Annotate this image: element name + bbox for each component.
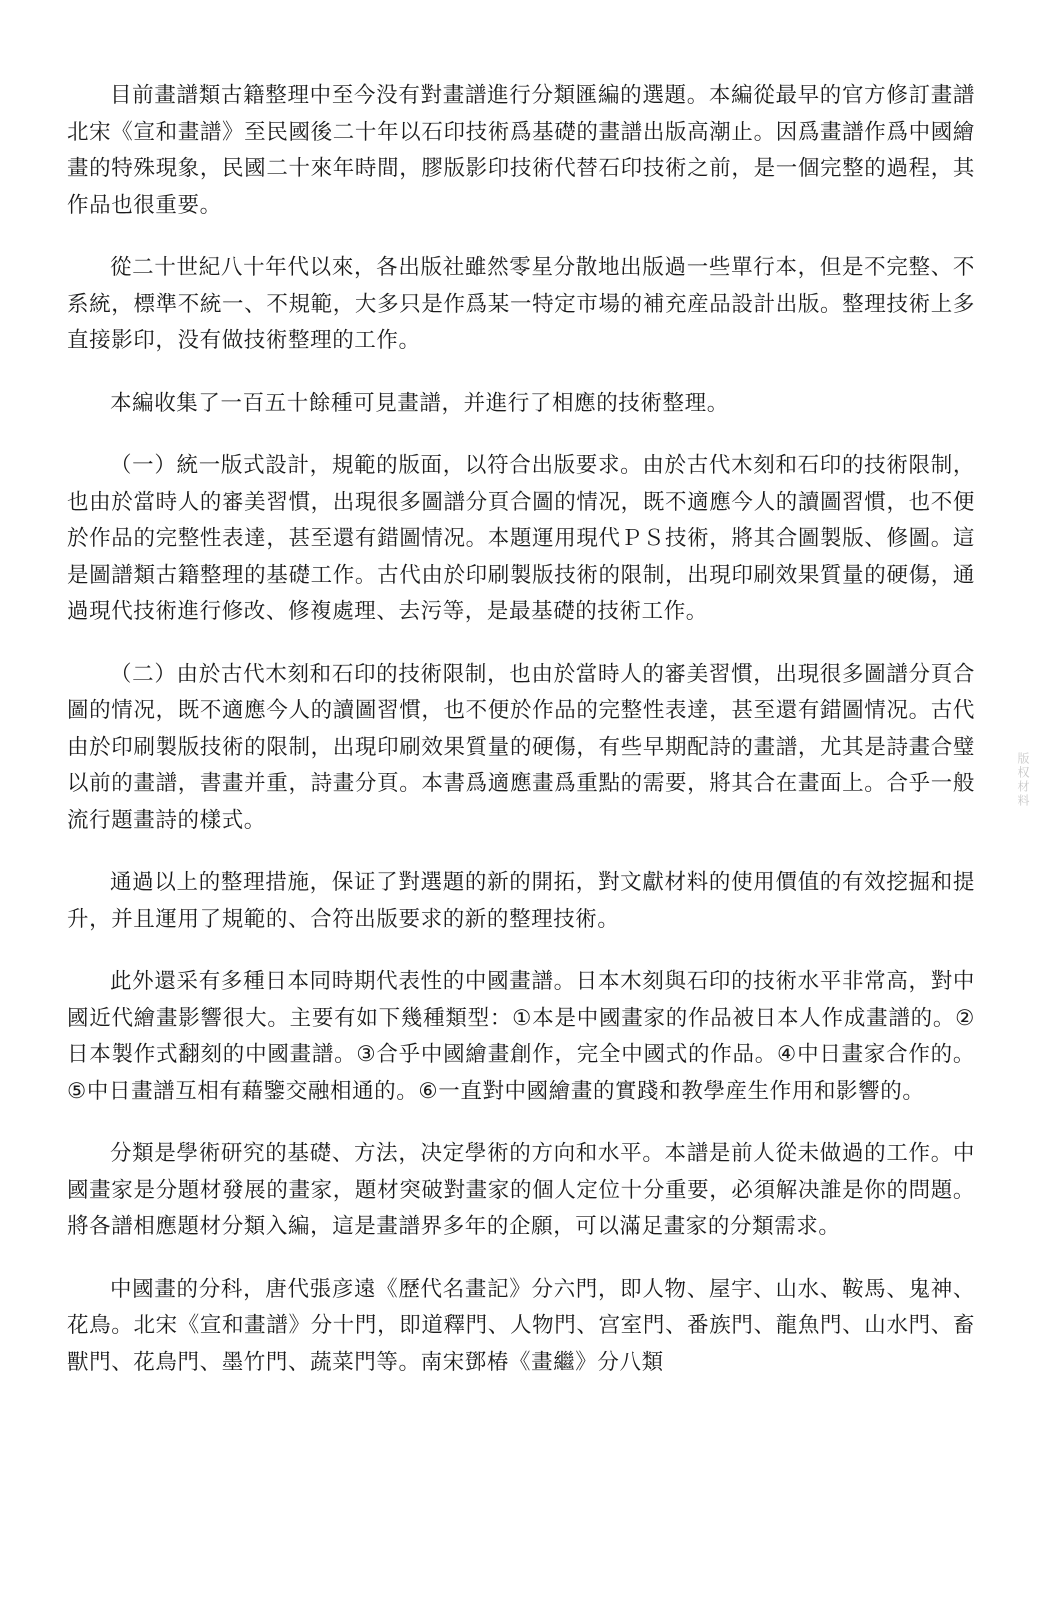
paragraph-painting-categories: 中國畫的分科，唐代張彦遠《歷代名畫記》分六門，即人物、屋宇、山水、鞍馬、鬼神、花… <box>67 1272 975 1382</box>
paragraph-summary: 通過以上的整理措施，保证了對選題的新的開拓，對文獻材料的使用價值的有效挖掘和提升… <box>67 865 975 938</box>
paragraph-classification: 分類是學術研究的基礎、方法，决定學術的方向和水平。本譜是前人從未做過的工作。中國… <box>67 1136 975 1246</box>
paragraph-collection: 本編收集了一百五十餘種可見畫譜，并進行了相應的技術整理。 <box>67 386 975 423</box>
paragraph-history: 從二十世紀八十年代以來，各出版社雖然零星分散地出版過一些單行本，但是不完整、不系… <box>67 250 975 360</box>
paragraph-method-one: （一）統一版式設計，規範的版面，以符合出版要求。由於古代木刻和石印的技術限制，也… <box>67 448 975 631</box>
paragraph-scope: 目前畫譜類古籍整理中至今没有對畫譜進行分類匯編的選題。本編從最早的官方修訂畫譜北… <box>67 78 975 224</box>
document-body: 目前畫譜類古籍整理中至今没有對畫譜進行分類匯編的選題。本編從最早的官方修訂畫譜北… <box>67 78 975 1407</box>
paragraph-method-two: （二）由於古代木刻和石印的技術限制，也由於當時人的審美習慣，出現很多圖譜分頁合圖… <box>67 657 975 840</box>
copyright-watermark: 版权材料 <box>1016 752 1030 808</box>
paragraph-japanese-albums: 此外還采有多種日本同時期代表性的中國畫譜。日本木刻與石印的技術水平非常高，對中國… <box>67 964 975 1110</box>
